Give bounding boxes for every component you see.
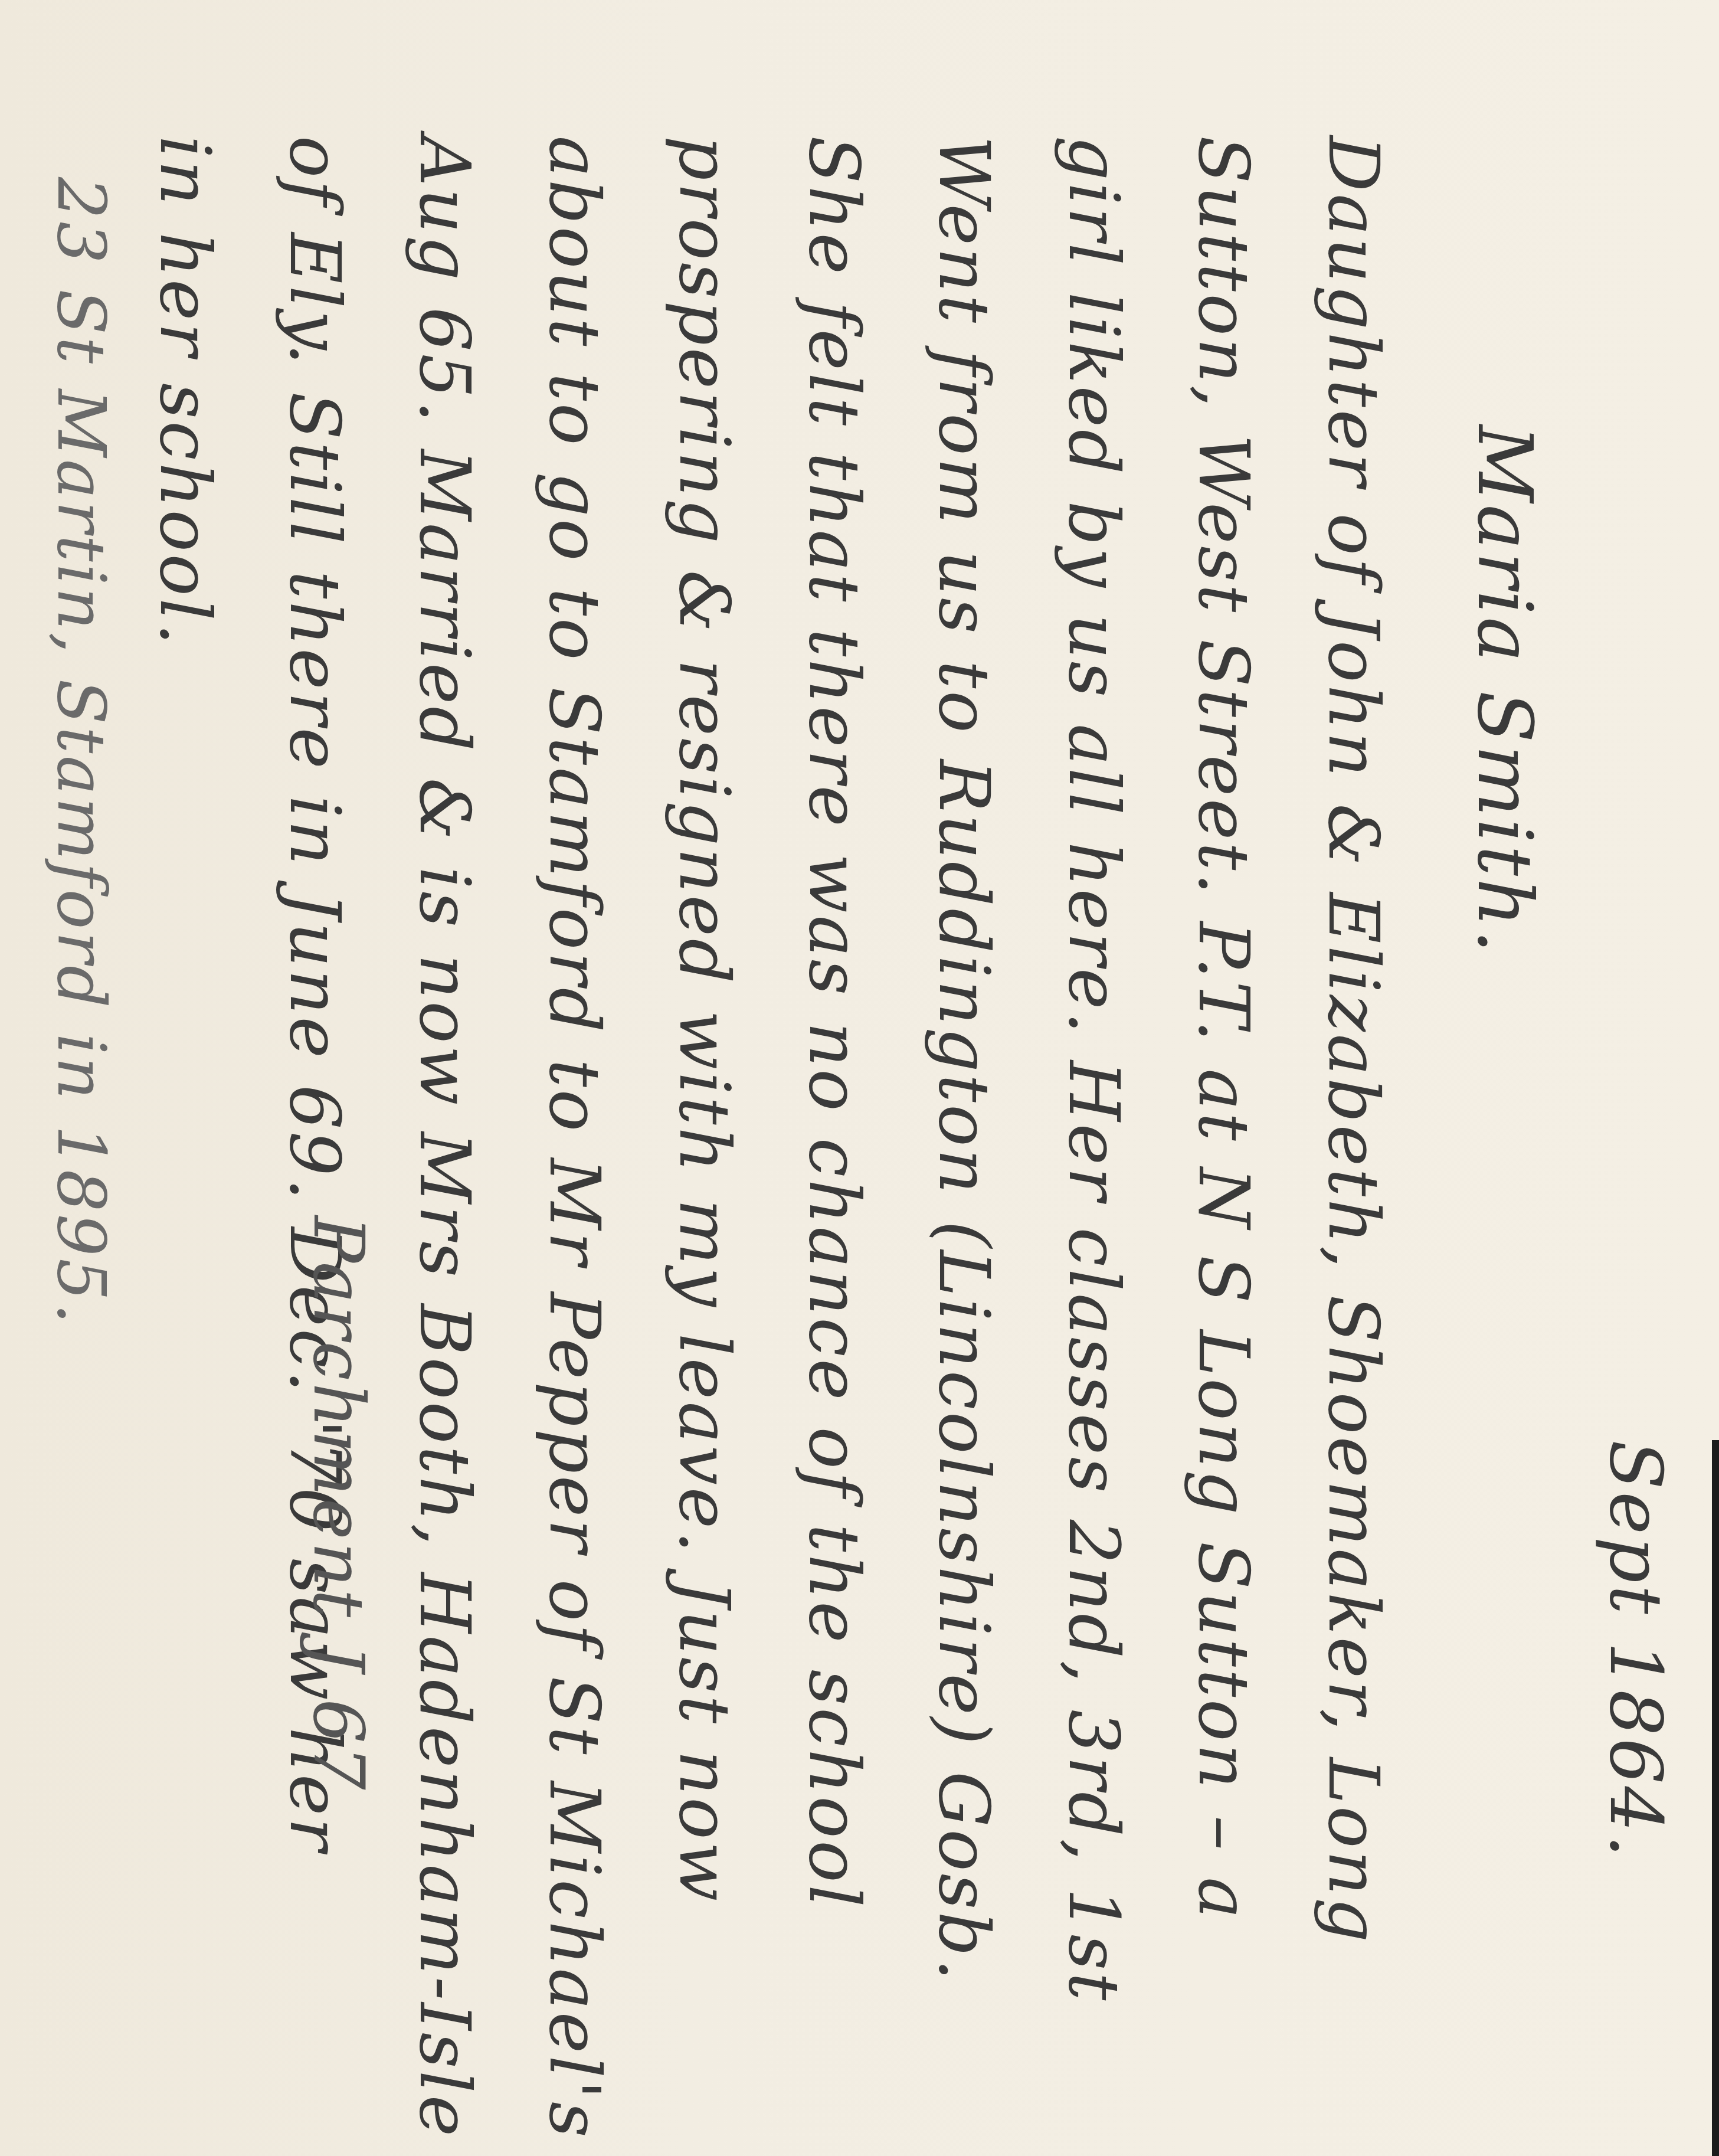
body-line: Went from us to Ruddington (Lincolnshire… bbox=[929, 136, 999, 1983]
entry-name: Maria Smith. bbox=[1466, 425, 1542, 956]
body-line: in her school. bbox=[150, 136, 220, 647]
manuscript-page: Sept 1864. Maria Smith. Daughter of John… bbox=[0, 0, 1719, 2156]
later-address-note: 23 St Martin, Stamford in 1895. bbox=[48, 177, 114, 1326]
entry-date: Sept 1864. bbox=[1600, 1440, 1672, 1860]
body-line: girl liked by us all here. Her classes 2… bbox=[1059, 136, 1129, 2003]
body-line: Aug 65. Married & is now Mrs Booth, Hade… bbox=[410, 136, 480, 2139]
body-line: Sutton, West Street. P.T. at N S Long Su… bbox=[1189, 136, 1259, 1921]
body-line: prospering & resigned with my leave. Jus… bbox=[670, 136, 739, 1904]
body-line: Daughter of John & Elizabeth, Shoemaker,… bbox=[1319, 136, 1389, 1945]
rotated-sheet: Sept 1864. Maria Smith. Daughter of John… bbox=[0, 0, 1719, 2156]
body-line: about to go to Stamford to Mr Pepper of … bbox=[540, 136, 610, 2140]
parchment-reference: Parchment J 67 bbox=[304, 1216, 374, 1792]
body-line: She felt that there was no chance of the… bbox=[800, 136, 869, 1909]
